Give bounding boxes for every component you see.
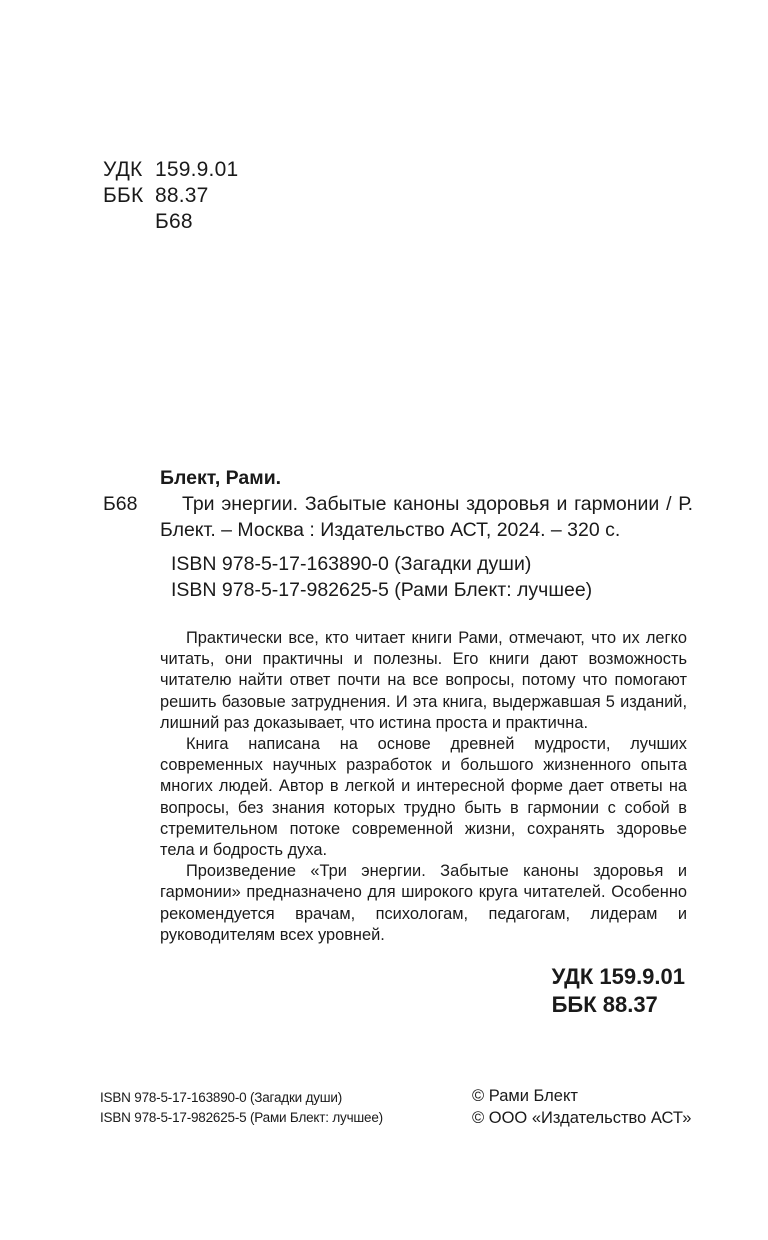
udk-code: 159.9.01 bbox=[155, 158, 238, 181]
bbk-code: 88.37 bbox=[155, 184, 209, 207]
bbk-label: ББК bbox=[103, 183, 155, 209]
author-heading: Блект, Рами. bbox=[103, 465, 693, 491]
bibliographic-entry: Блект, Рами. Б68 Три энергии. Забытые ка… bbox=[103, 465, 693, 603]
bbk-bottom: ББК 88.37 bbox=[552, 991, 685, 1019]
cutter-code: Б68 bbox=[103, 209, 238, 235]
annotation-paragraph: Практически все, кто читает книги Рами, … bbox=[160, 628, 687, 734]
udk-label: УДК bbox=[103, 157, 155, 183]
copyright-page: УДК159.9.01 ББК88.37 Б68 Блект, Рами. Б6… bbox=[0, 0, 768, 1240]
udk-bottom: УДК 159.9.01 bbox=[552, 963, 685, 991]
entry-cutter: Б68 bbox=[103, 491, 138, 517]
udk-row: УДК159.9.01 bbox=[103, 157, 238, 183]
isbn-line: ISBN 978-5-17-163890-0 (Загадки души) bbox=[171, 551, 693, 577]
title-text: Три энергии. Забытые каноны здоровья и г… bbox=[160, 491, 693, 543]
annotation-paragraph: Книга написана на основе древней мудрост… bbox=[160, 734, 687, 861]
isbn-line: ISBN 978-5-17-982625-5 (Рами Блект: лучш… bbox=[171, 577, 693, 603]
classification-codes-top: УДК159.9.01 ББК88.37 Б68 bbox=[103, 157, 238, 235]
copyright-line: © Рами Блект bbox=[472, 1085, 691, 1107]
footer-isbn-line: ISBN 978-5-17-163890-0 (Загадки души) bbox=[100, 1088, 383, 1108]
bbk-row: ББК88.37 bbox=[103, 183, 238, 209]
annotation-paragraph: Произведение «Три энергии. Забытые канон… bbox=[160, 861, 687, 946]
footer-isbn: ISBN 978-5-17-163890-0 (Загадки души) IS… bbox=[100, 1088, 383, 1128]
footer-isbn-line: ISBN 978-5-17-982625-5 (Рами Блект: лучш… bbox=[100, 1108, 383, 1128]
annotation: Практически все, кто читает книги Рами, … bbox=[160, 628, 687, 946]
classification-codes-bottom: УДК 159.9.01 ББК 88.37 bbox=[552, 963, 685, 1019]
footer-copyright: © Рами Блект © ООО «Издательство АСТ» bbox=[472, 1085, 691, 1129]
isbn-list: ISBN 978-5-17-163890-0 (Загадки души) IS… bbox=[103, 551, 693, 603]
title-description: Б68 Три энергии. Забытые каноны здоровья… bbox=[103, 491, 693, 543]
copyright-line: © ООО «Издательство АСТ» bbox=[472, 1107, 691, 1129]
